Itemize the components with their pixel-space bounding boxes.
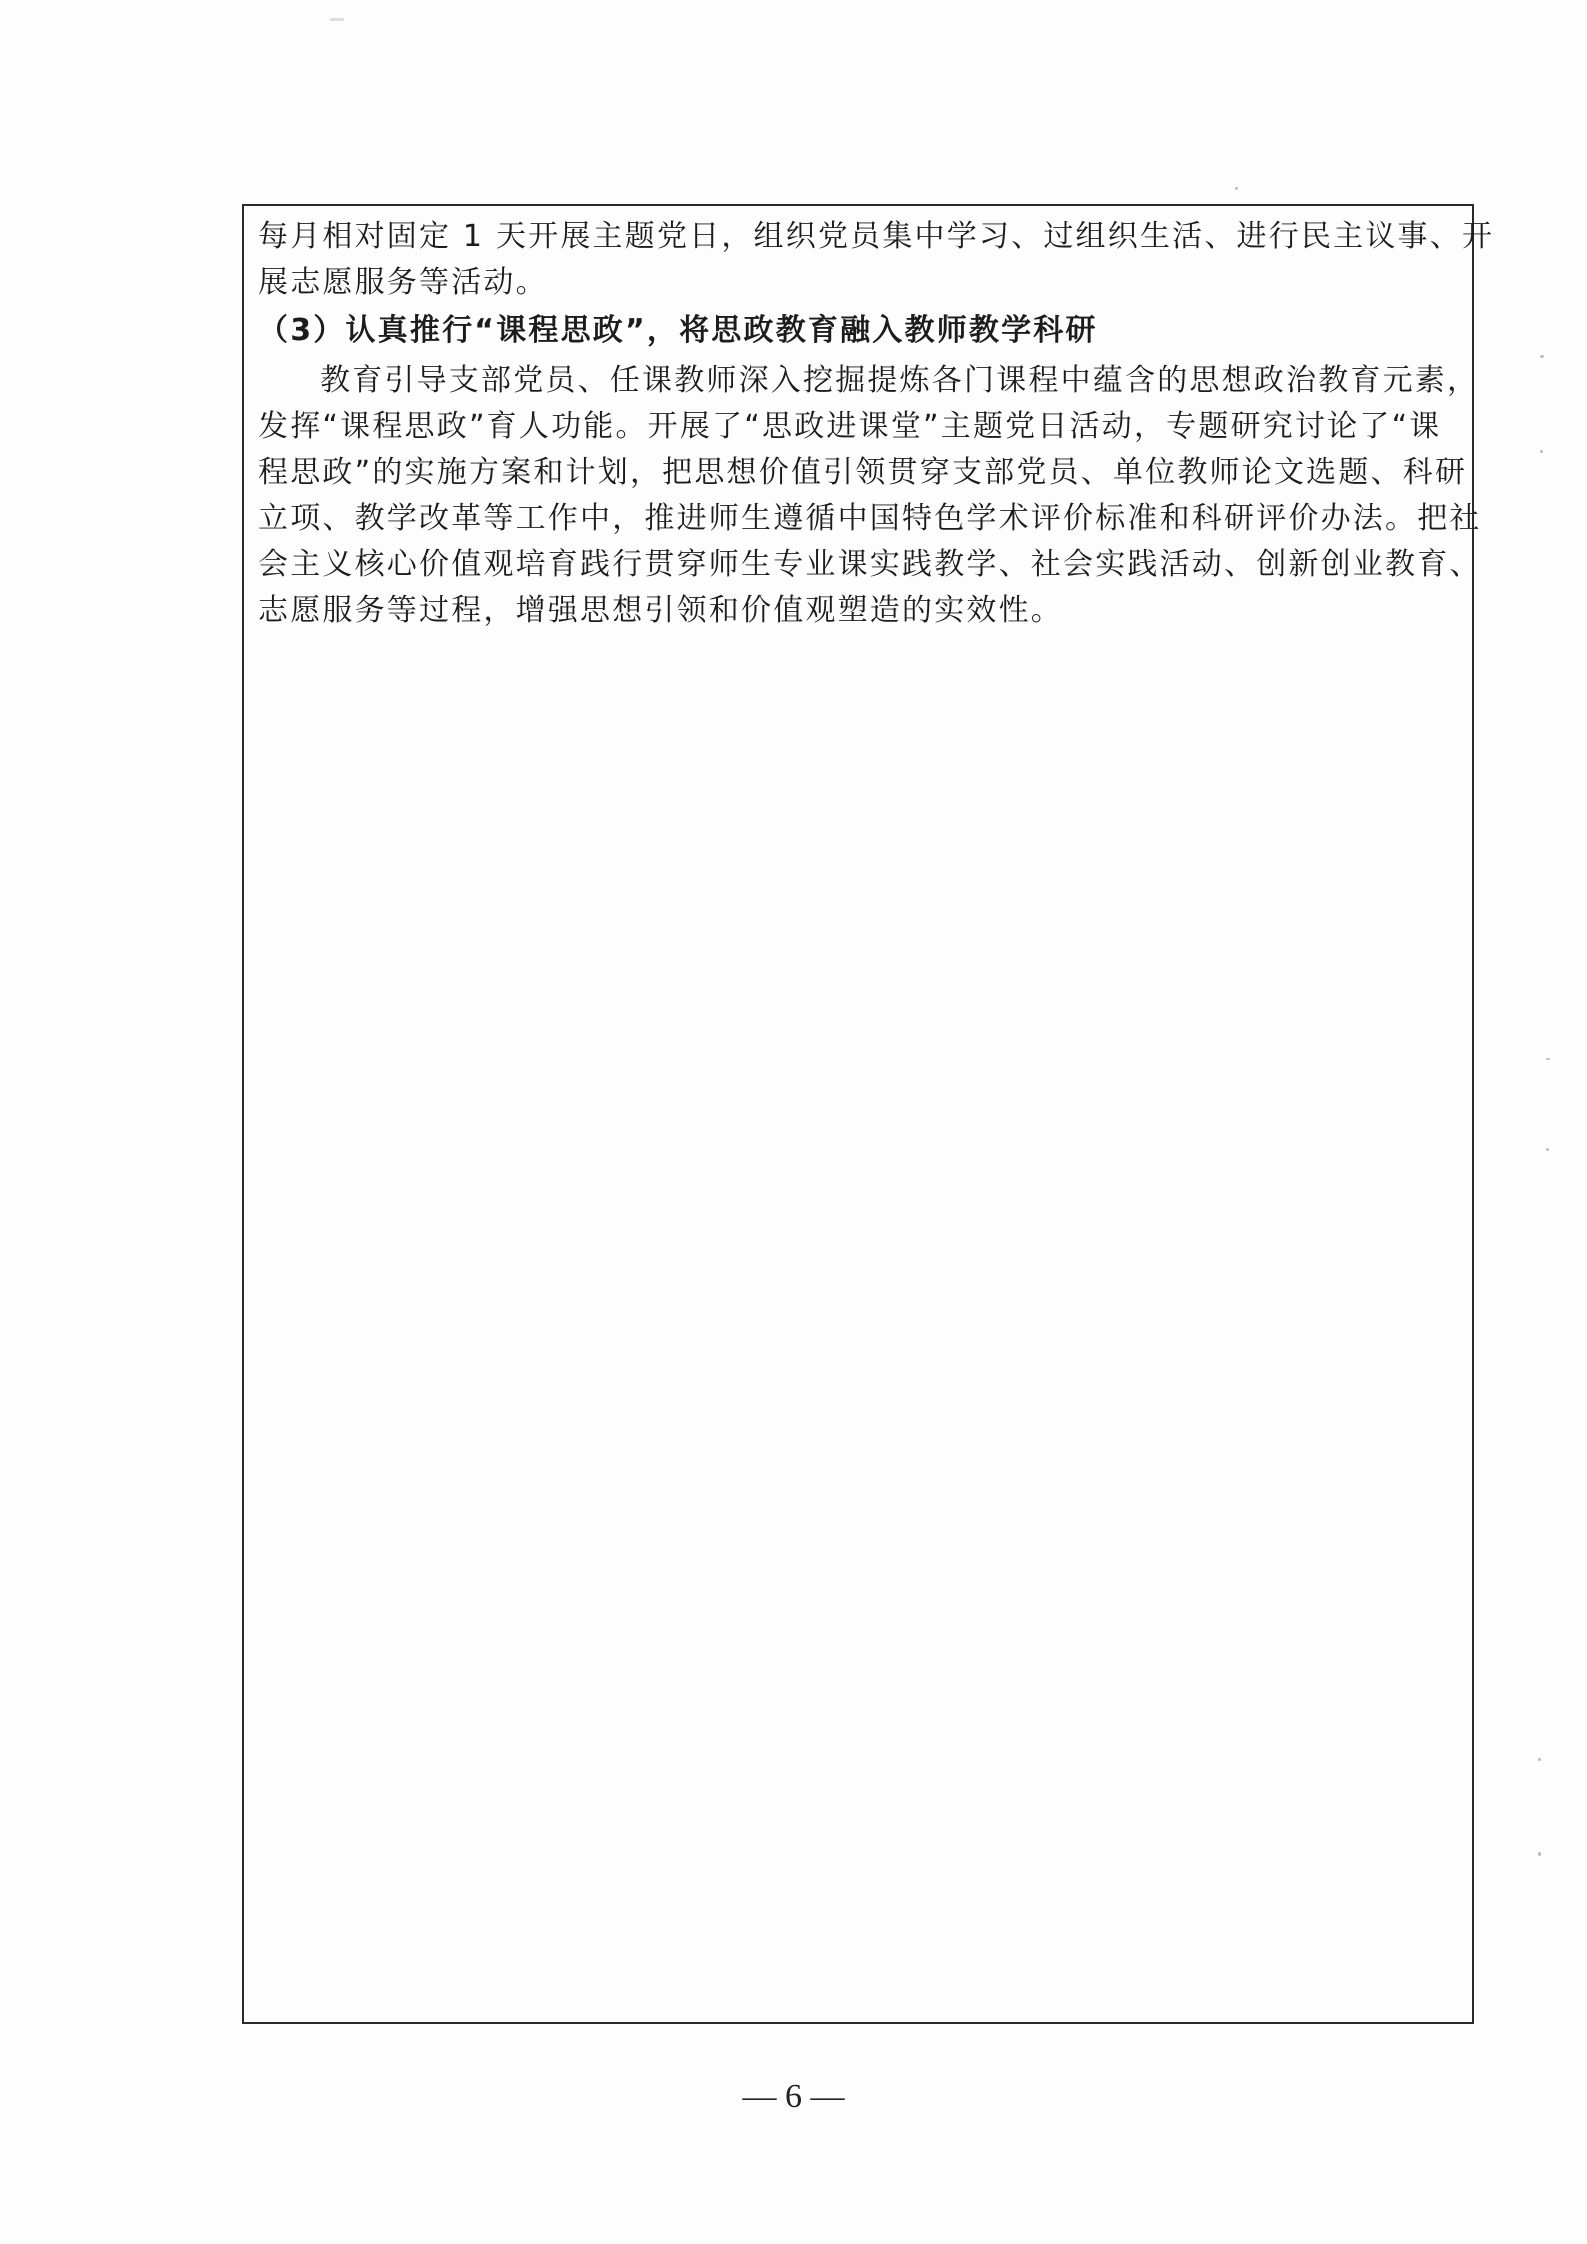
scan-speck [1235, 187, 1238, 190]
page-number: — 6 — [0, 2078, 1587, 2116]
paragraph-line: 会主义核心价值观培育践行贯穿师生专业课实践教学、社会实践活动、创新创业教育、 [258, 542, 1468, 588]
paragraph-line: 发挥“课程思政”育人功能。开展了“思政进课堂”主题党日活动，专题研究讨论了“课 [258, 404, 1468, 450]
section-heading: （3）认真推行“课程思政”，将思政教育融入教师教学科研 [258, 308, 1468, 354]
scan-speck [1538, 1758, 1541, 1761]
scan-speck [1546, 1148, 1549, 1151]
paragraph-line: 每月相对固定 1 天开展主题党日，组织党员集中学习、过组织生活、进行民主议事、开 [258, 214, 1468, 260]
scan-speck [1540, 355, 1544, 358]
scan-speck [1540, 450, 1543, 453]
scan-speck [330, 18, 344, 21]
document-body: 每月相对固定 1 天开展主题党日，组织党员集中学习、过组织生活、进行民主议事、开… [258, 214, 1468, 634]
paragraph-line: 程思政”的实施方案和计划，把思想价值引领贯穿支部党员、单位教师论文选题、科研 [258, 450, 1468, 496]
paragraph-line: 志愿服务等过程，增强思想引领和价值观塑造的实效性。 [258, 588, 1468, 634]
paragraph-line: 展志愿服务等活动。 [258, 260, 1468, 306]
scan-speck [1538, 1852, 1541, 1856]
paragraph-line: 教育引导支部党员、任课教师深入挖掘提炼各门课程中蕴含的思想政治教育元素， [258, 358, 1468, 404]
paragraph-line: 立项、教学改革等工作中，推进师生遵循中国特色学术评价标准和科研评价办法。把社 [258, 496, 1468, 542]
scan-speck [1546, 1058, 1550, 1060]
